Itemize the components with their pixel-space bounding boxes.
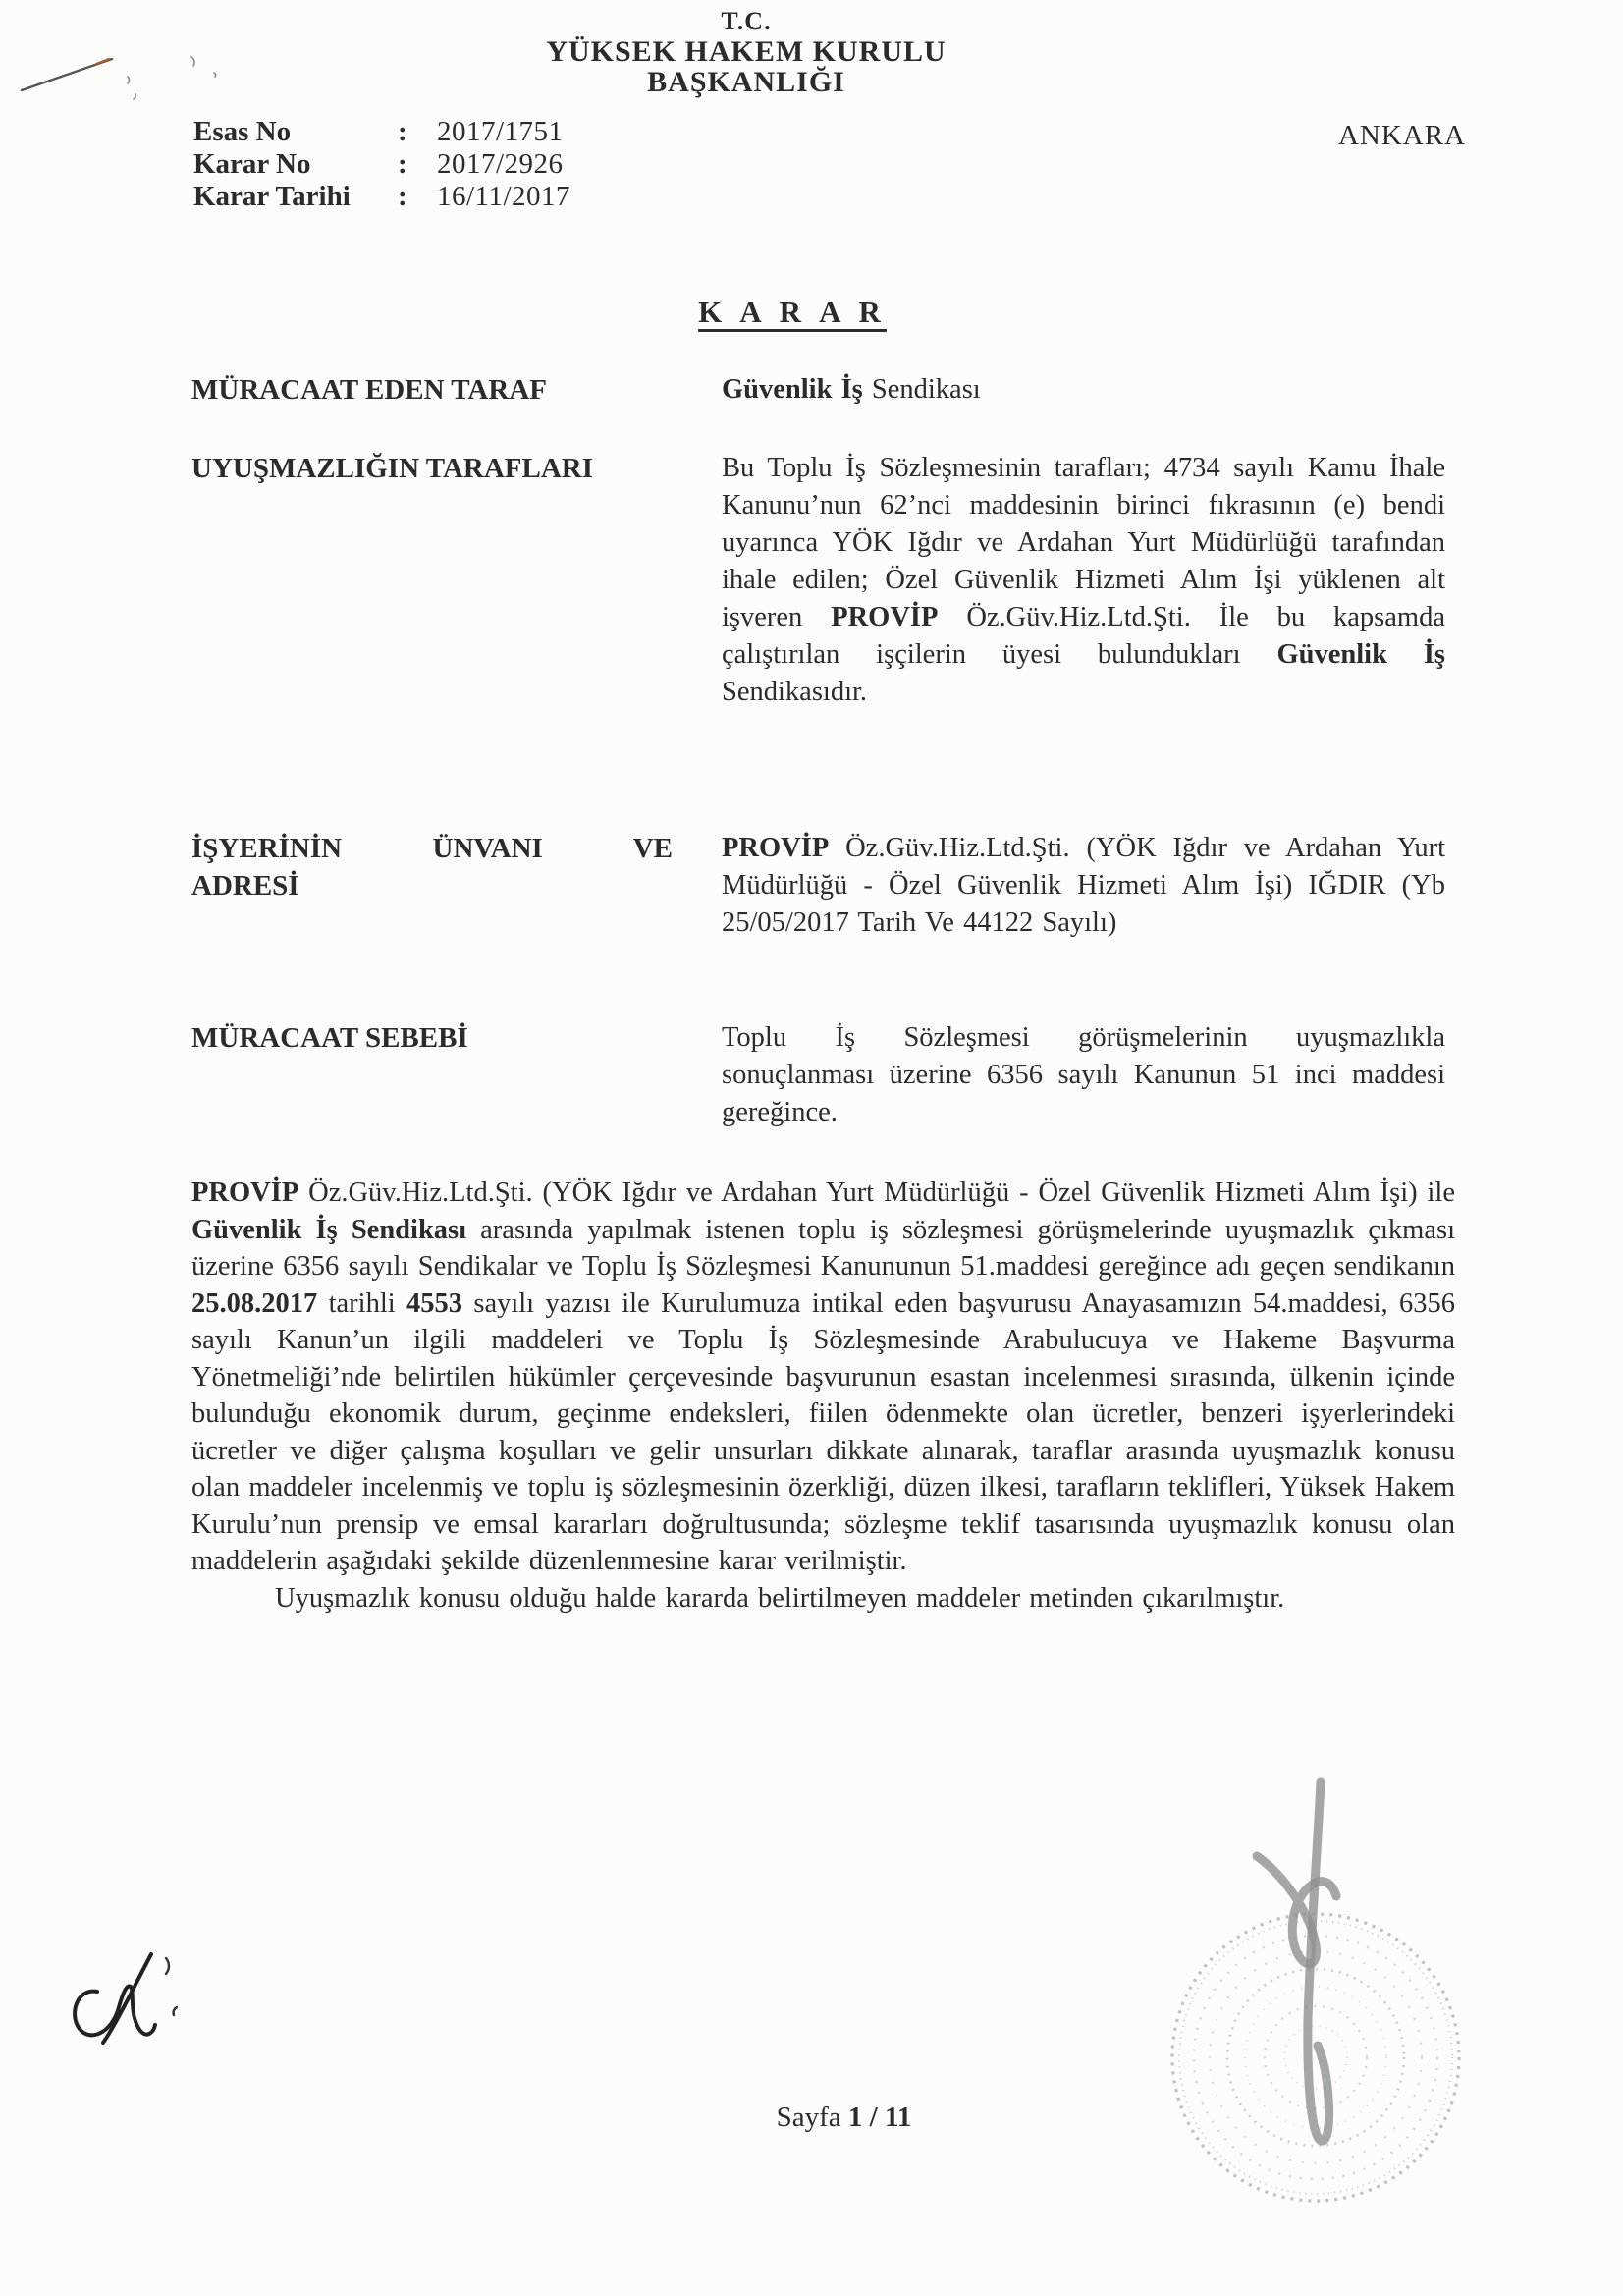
section-uyusmazligin-taraflari: UYUŞMAZLIĞIN TARAFLARI Bu Toplu İş Sözle…	[191, 450, 1445, 711]
letterhead: T.C. YÜKSEK HAKEM KURULU BAŞKANLIĞI	[0, 6, 1492, 97]
case-meta: Esas No:2017/1751 Karar No:2017/2926 Kar…	[193, 116, 570, 213]
body-paragraph-1: PROVİP Öz.Güv.Hiz.Ltd.Şti. (YÖK Iğdır ve…	[191, 1175, 1455, 1580]
section-label-line: MÜRACAAT SEBEBİ	[191, 1019, 673, 1057]
section-label: İŞYERİNİN ÜNVANI VE ADRESİ	[191, 830, 722, 942]
meta-colon: :	[398, 181, 437, 213]
section-content: Bu Toplu İş Sözleşmesinin tarafları; 473…	[722, 450, 1445, 711]
section-label: UYUŞMAZLIĞIN TARAFLARI	[191, 450, 722, 711]
decision-body: PROVİP Öz.Güv.Hiz.Ltd.Şti. (YÖK Iğdır ve…	[191, 1175, 1455, 1616]
city-label: ANKARA	[1338, 120, 1466, 152]
meta-row-karar-tarihi: Karar Tarihi:16/11/2017	[193, 181, 570, 213]
section-content: PROVİP Öz.Güv.Hiz.Ltd.Şti. (YÖK Iğdır ve…	[722, 830, 1445, 942]
meta-row-karar-no: Karar No:2017/2926	[193, 148, 570, 181]
meta-colon: :	[398, 116, 437, 148]
section-label-line: UYUŞMAZLIĞIN TARAFLARI	[191, 450, 673, 487]
document-page: T.C. YÜKSEK HAKEM KURULU BAŞKANLIĞI Esas…	[0, 0, 1623, 2296]
section-isyerinin-unvani-ve-adresi: İŞYERİNİN ÜNVANI VE ADRESİ PROVİP Öz.Güv…	[191, 830, 1445, 942]
page-footer: Sayfa 1 / 11	[0, 2102, 1623, 2134]
section-content: Güvenlik İş Sendikası	[722, 371, 1445, 409]
meta-label: Karar Tarihi	[193, 181, 398, 213]
letterhead-unit: BAŞKANLIĞI	[0, 67, 1492, 97]
meta-value: 16/11/2017	[437, 181, 570, 212]
section-label: MÜRACAAT SEBEBİ	[191, 1019, 722, 1131]
section-label-line: İŞYERİNİN ÜNVANI VE	[191, 830, 673, 867]
section-label-line: MÜRACAAT EDEN TARAF	[191, 371, 673, 409]
meta-row-esas-no: Esas No:2017/1751	[193, 116, 570, 148]
meta-label: Karar No	[193, 148, 398, 181]
section-muracaat-sebebi: MÜRACAAT SEBEBİ Toplu İş Sözleşmesi görü…	[191, 1019, 1445, 1131]
meta-value: 2017/2926	[437, 148, 564, 180]
section-content: Toplu İş Sözleşmesi görüşmelerinin uyuşm…	[722, 1019, 1445, 1131]
stamp-signature-icon	[1257, 1782, 1336, 2141]
letterhead-org: YÜKSEK HAKEM KURULU	[0, 36, 1492, 67]
page-number: Sayfa 1 / 11	[777, 2102, 912, 2133]
letterhead-tc: T.C.	[0, 6, 1492, 36]
section-label: MÜRACAAT EDEN TARAF	[191, 371, 722, 409]
section-muracaat-eden-taraf: MÜRACAAT EDEN TARAF Güvenlik İş Sendikas…	[191, 371, 1445, 409]
ink-stamp-icon	[1163, 1763, 1478, 2224]
body-paragraph-2: Uyuşmazlık konusu olduğu halde kararda b…	[191, 1580, 1455, 1617]
handwritten-initials-icon	[67, 1946, 224, 2064]
meta-colon: :	[398, 148, 437, 181]
decision-heading: K A R A R	[0, 295, 1585, 330]
meta-value: 2017/1751	[437, 116, 564, 147]
meta-label: Esas No	[193, 116, 398, 148]
section-label-line: ADRESİ	[191, 867, 673, 904]
